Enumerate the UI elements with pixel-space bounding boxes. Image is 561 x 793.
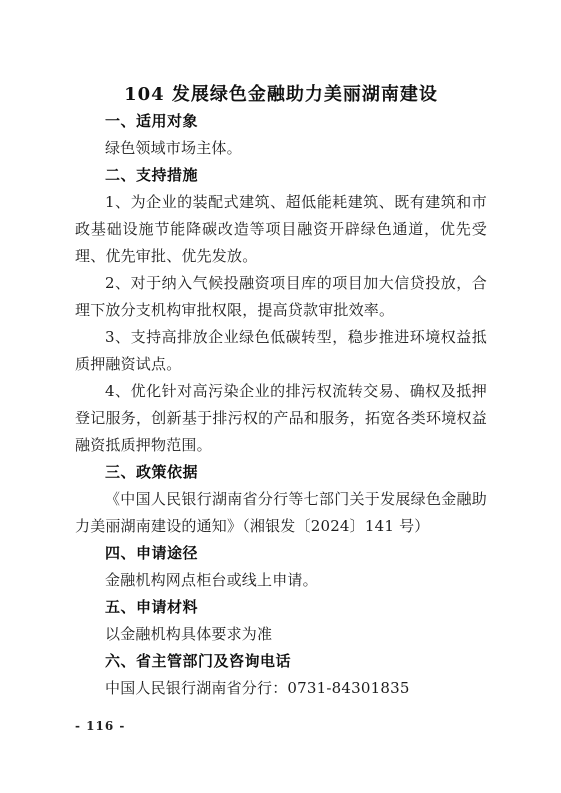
section-heading-applicable-targets: 一、适用对象 [75,108,487,135]
section-applicable-targets: 一、适用对象 绿色领域市场主体。 [75,108,487,162]
section-heading-policy-basis: 三、政策依据 [75,459,487,486]
section-application-materials: 五、申请材料 以金融机构具体要求为准 [75,594,487,648]
paragraph: 金融机构网点柜台或线上申请。 [75,567,487,594]
section-heading-department-contact: 六、省主管部门及咨询电话 [75,648,487,675]
section-department-contact: 六、省主管部门及咨询电话 中国人民银行湖南省分行：0731-84301835 [75,648,487,702]
section-heading-application-channel: 四、申请途径 [75,540,487,567]
paragraph: 3、支持高排放企业绿色低碳转型，稳步推进环境权益抵质押融资试点。 [75,324,487,378]
paragraph: 中国人民银行湖南省分行：0731-84301835 [75,675,487,702]
page-number: - 116 - [75,719,125,733]
paragraph: 《中国人民银行湖南省分行等七部门关于发展绿色金融助力美丽湖南建设的通知》（湘银发… [75,486,487,540]
paragraph: 以金融机构具体要求为准 [75,621,487,648]
paragraph: 4、优化针对高污染企业的排污权流转交易、确权及抵押登记服务，创新基于排污权的产品… [75,378,487,459]
document-page: 104 发展绿色金融助力美丽湖南建设 一、适用对象 绿色领域市场主体。 二、支持… [0,0,561,793]
section-application-channel: 四、申请途径 金融机构网点柜台或线上申请。 [75,540,487,594]
section-heading-application-materials: 五、申请材料 [75,594,487,621]
page-title: 104 发展绿色金融助力美丽湖南建设 [75,81,487,108]
page-content: 104 发展绿色金融助力美丽湖南建设 一、适用对象 绿色领域市场主体。 二、支持… [75,81,487,702]
paragraph: 1、为企业的装配式建筑、超低能耗建筑、既有建筑和市政基础设施节能降碳改造等项目融… [75,189,487,270]
paragraph: 绿色领域市场主体。 [75,135,487,162]
section-heading-support-measures: 二、支持措施 [75,162,487,189]
paragraph: 2、对于纳入气候投融资项目库的项目加大信贷投放，合理下放分支机构审批权限，提高贷… [75,270,487,324]
section-policy-basis: 三、政策依据 《中国人民银行湖南省分行等七部门关于发展绿色金融助力美丽湖南建设的… [75,459,487,540]
section-support-measures: 二、支持措施 1、为企业的装配式建筑、超低能耗建筑、既有建筑和市政基础设施节能降… [75,162,487,459]
